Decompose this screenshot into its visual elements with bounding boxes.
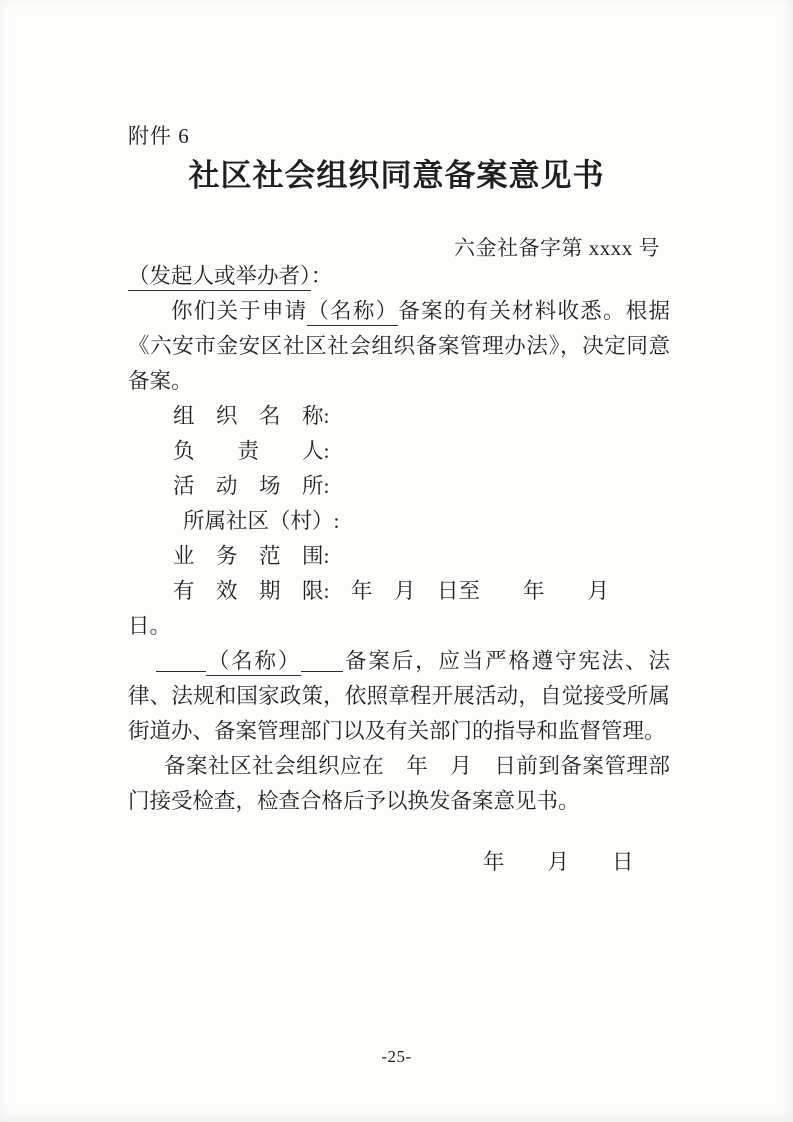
paragraph-intro: 你们关于申请（名称）备案的有关材料收悉。根据《六安市金安区社区社会组织备案管理办… (128, 294, 670, 399)
paragraph-obligation: （名称）备案后，应当严格遵守宪法、法律、法规和国家政策，依照章程开展活动，自觉接… (128, 644, 670, 749)
field-community: 所属社区（村）: (128, 504, 670, 539)
addressee-colon: ： (311, 264, 333, 288)
field-responsible-person: 负 责 人: (128, 434, 670, 469)
document-reference-number: 六金社备字第 xxxx 号 (454, 232, 660, 262)
document-body: （发起人或举办者）： 你们关于申请（名称）备案的有关材料收悉。根据《六安市金安区… (128, 259, 670, 819)
attachment-label: 附件 6 (128, 120, 190, 150)
document-page: 附件 6 社区社会组织同意备案意见书 六金社备字第 xxxx 号 （发起人或举办… (0, 0, 793, 1122)
field-business-scope: 业 务 范 围: (128, 539, 670, 574)
addressee-line: （发起人或举办者）： (128, 259, 670, 294)
field-valid-period-tail: 日。 (128, 609, 670, 644)
document-title: 社区社会组织同意备案意见书 (0, 150, 793, 195)
obligation-name-placeholder: （名称） (206, 649, 301, 676)
intro-name-placeholder: （名称） (307, 299, 398, 326)
field-activity-place: 活 动 场 所: (128, 469, 670, 504)
addressee-blank: （发起人或举办者） (128, 264, 311, 291)
paragraph-inspection: 备案社区社会组织应在 年 月 日前到备案管理部门接受检查，检查合格后予以换发备案… (128, 749, 670, 819)
page-number: -25- (0, 1047, 793, 1067)
field-valid-period: 有 效 期 限: 年 月 日至 年 月 (128, 574, 670, 609)
field-org-name: 组 织 名 称: (128, 399, 670, 434)
signature-date-line: 年 月 日 (483, 845, 634, 876)
blank-underline-before-name (156, 647, 206, 672)
blank-underline-after-name (301, 647, 343, 672)
intro-pre-text: 你们关于申请 (171, 299, 307, 323)
